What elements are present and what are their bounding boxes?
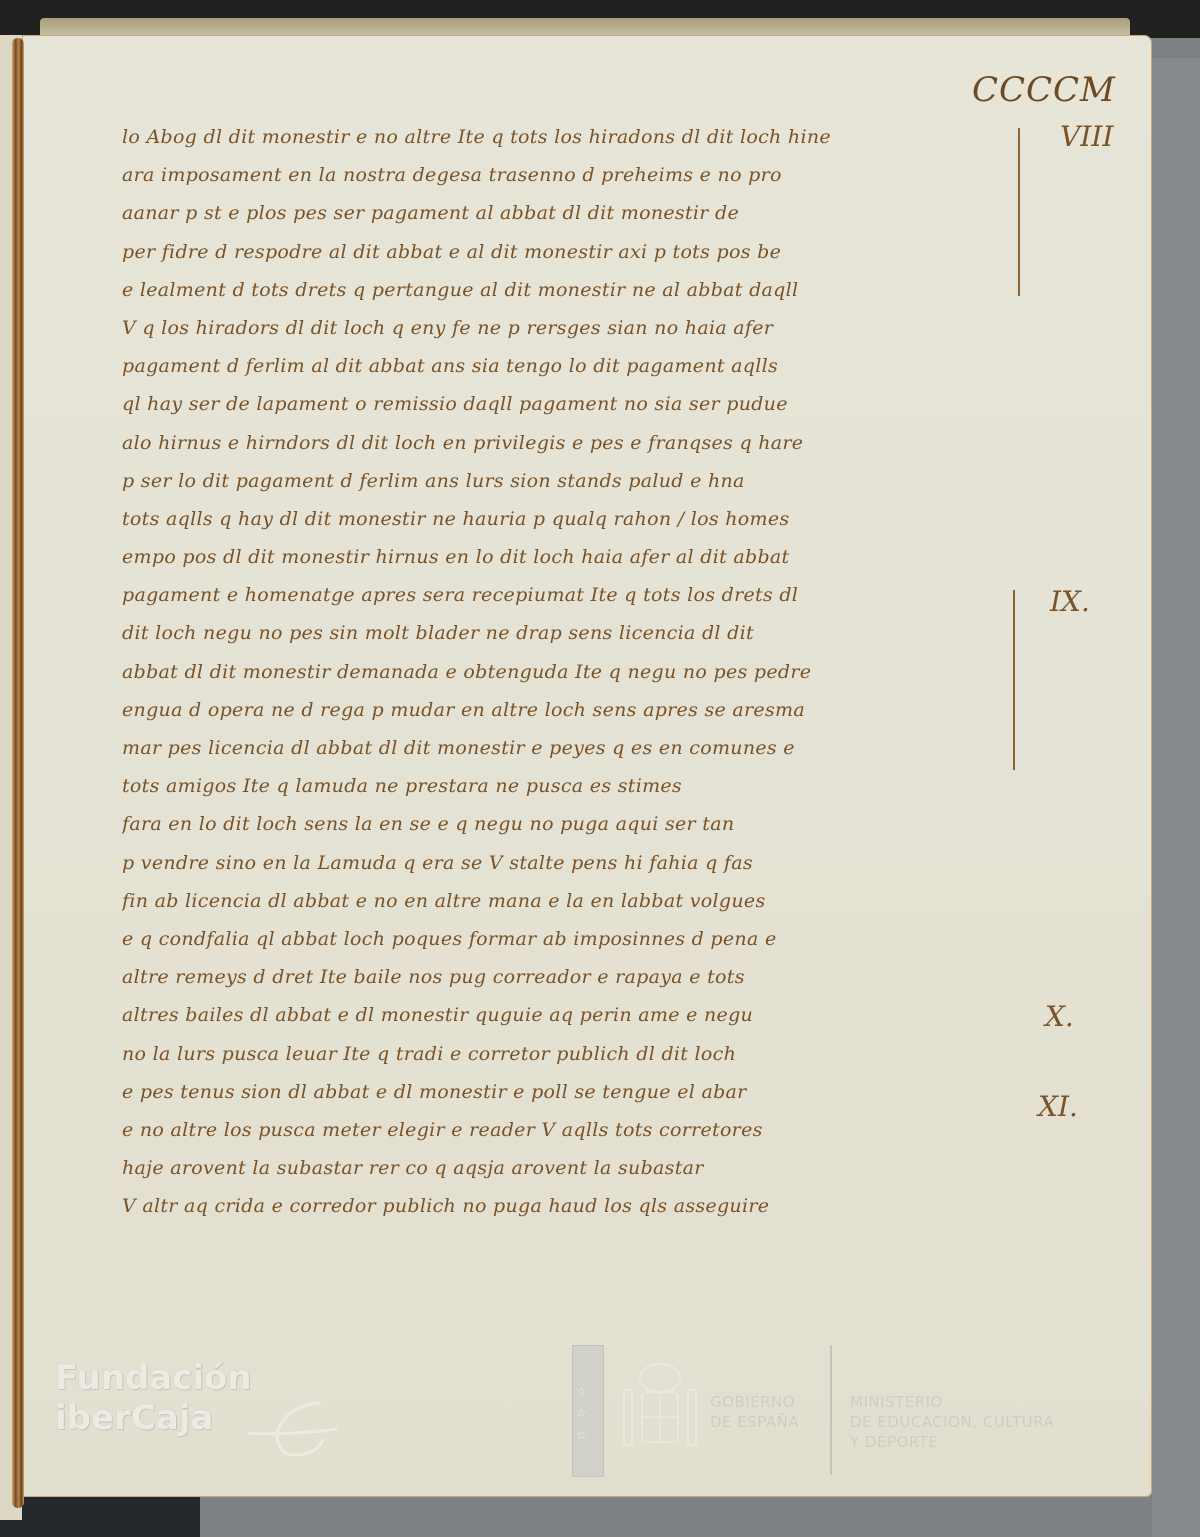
book-spine bbox=[12, 38, 24, 1508]
watermark-line: GOBIERNO bbox=[710, 1392, 799, 1412]
text-line: aanar p st e plos pes ser pagament al ab… bbox=[122, 194, 1002, 232]
text-line: e pes tenus sion dl abbat e dl monestir … bbox=[122, 1073, 1002, 1111]
scan-background-right bbox=[1152, 58, 1200, 1537]
text-line: alo hirnus e hirndors dl dit loch en pri… bbox=[122, 424, 1002, 462]
text-line: p ser lo dit pagament d ferlim ans lurs … bbox=[122, 462, 1002, 500]
marginal-numeral-viii: VIII bbox=[1060, 120, 1113, 153]
ministerio-watermark: MINISTERIO DE EDUCACIÓN, CULTURA Y DEPOR… bbox=[850, 1392, 1054, 1452]
text-line: haje arovent la subastar rer co q aqsja … bbox=[122, 1149, 1002, 1187]
watermark-divider bbox=[830, 1345, 832, 1475]
text-line: e q condfalia ql abbat loch poques forma… bbox=[122, 920, 1002, 958]
text-line: ara imposament en la nostra degesa trase… bbox=[122, 156, 1002, 194]
watermark-line: DE EDUCACIÓN, CULTURA bbox=[850, 1412, 1054, 1432]
text-line: pagament e homenatge apres sera recepium… bbox=[122, 576, 1002, 614]
text-line: tots amigos Ite q lamuda ne prestara ne … bbox=[122, 767, 1002, 805]
watermark-line: iberCaja bbox=[55, 1398, 252, 1438]
marginal-numeral-ix: IX. bbox=[1050, 585, 1090, 618]
text-line: pagament d ferlim al dit abbat ans sia t… bbox=[122, 347, 1002, 385]
text-line: mar pes licencia dl abbat dl dit monesti… bbox=[122, 729, 1002, 767]
text-line: V altr aq crida e corredor publich no pu… bbox=[122, 1187, 1002, 1225]
text-line: dit loch negu no pes sin molt blader ne … bbox=[122, 614, 1002, 652]
text-line: altre remeys d dret Ite baile nos pug co… bbox=[122, 958, 1002, 996]
text-line: empo pos dl dit monestir hirnus en lo di… bbox=[122, 538, 1002, 576]
marginal-numeral-xi: XI. bbox=[1038, 1090, 1078, 1123]
eu-stars-icon: ☆☆☆ bbox=[576, 1380, 587, 1446]
watermark-line: DE ESPAÑA bbox=[710, 1412, 799, 1432]
fundacion-ibercaja-watermark: Fundación iberCaja bbox=[55, 1358, 252, 1438]
text-line: abbat dl dit monestir demanada e obtengu… bbox=[122, 653, 1002, 691]
margin-bracket-2 bbox=[1005, 590, 1015, 770]
manuscript-text: lo Abog dl dit monestir e no altre Ite q… bbox=[122, 118, 1002, 1225]
spain-coat-of-arms-icon bbox=[620, 1360, 700, 1455]
text-line: tots aqlls q hay dl dit monestir ne haur… bbox=[122, 500, 1002, 538]
watermark-line: MINISTERIO bbox=[850, 1392, 1054, 1412]
text-line: p vendre sino en la Lamuda q era se V st… bbox=[122, 844, 1002, 882]
text-line: per fidre d respodre al dit abbat e al d… bbox=[122, 233, 1002, 271]
text-line: engua d opera ne d rega p mudar en altre… bbox=[122, 691, 1002, 729]
scan-background-bottom-left bbox=[0, 1490, 200, 1537]
folio-number: CCCCM bbox=[972, 70, 1116, 110]
watermark-line: Fundación bbox=[55, 1358, 252, 1398]
text-line: lo Abog dl dit monestir e no altre Ite q… bbox=[122, 118, 1002, 156]
margin-bracket-1 bbox=[1010, 128, 1020, 296]
ibercaja-swoosh-icon bbox=[245, 1395, 340, 1460]
text-line: ql hay ser de lapament o remissio daqll … bbox=[122, 385, 1002, 423]
marginal-numeral-x: X. bbox=[1045, 1000, 1074, 1033]
watermark-line: Y DEPORTE bbox=[850, 1432, 1054, 1452]
text-line: V q los hiradors dl dit loch q eny fe ne… bbox=[122, 309, 1002, 347]
gobierno-de-espana-watermark: GOBIERNO DE ESPAÑA bbox=[710, 1392, 799, 1432]
text-line: fara en lo dit loch sens la en se e q ne… bbox=[122, 805, 1002, 843]
text-line: fin ab licencia dl abbat e no en altre m… bbox=[122, 882, 1002, 920]
text-line: altres bailes dl abbat e dl monestir qug… bbox=[122, 996, 1002, 1034]
text-line: e no altre los pusca meter elegir e read… bbox=[122, 1111, 1002, 1149]
text-line: no la lurs pusca leuar Ite q tradi e cor… bbox=[122, 1035, 1002, 1073]
text-line: e lealment d tots drets q pertangue al d… bbox=[122, 271, 1002, 309]
